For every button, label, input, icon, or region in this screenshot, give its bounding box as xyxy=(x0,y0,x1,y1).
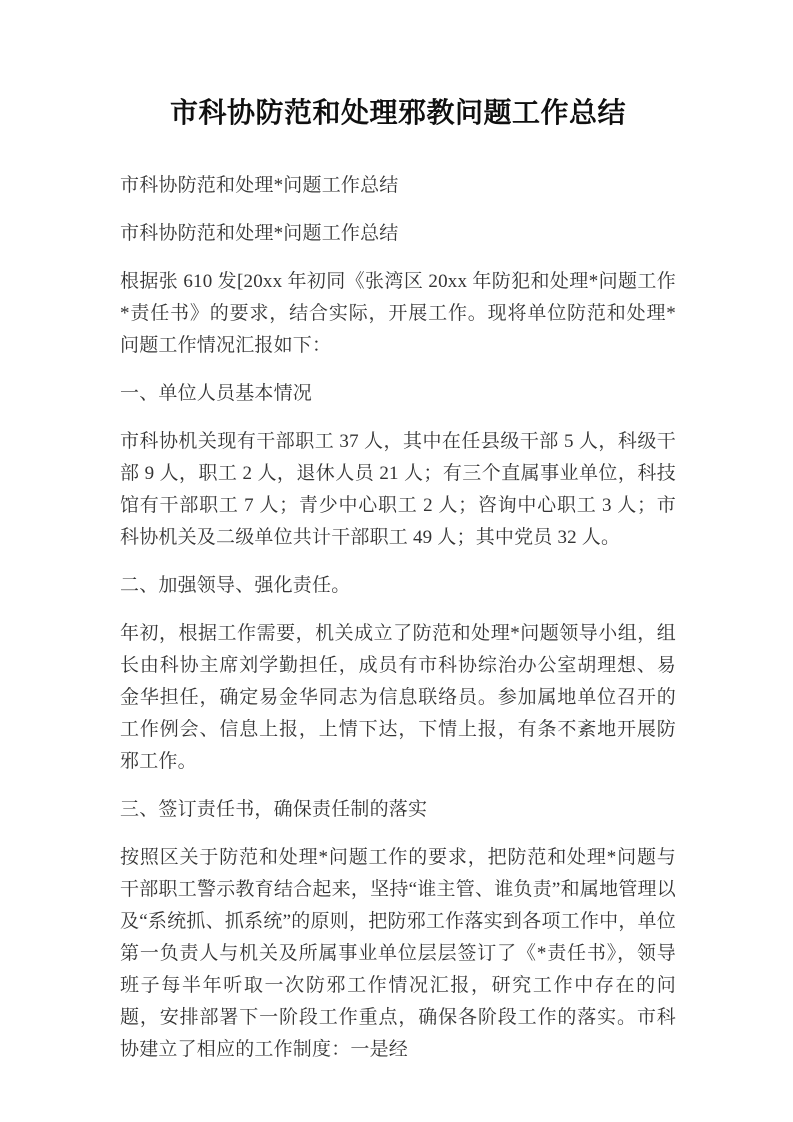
section-1-heading: 一、单位人员基本情况 xyxy=(120,378,676,410)
section-1-paragraph: 市科协机关现有干部职工 37 人，其中在任县级干部 5 人，科级干部 9 人，职… xyxy=(120,426,676,554)
section-2-heading: 二、加强领导、强化责任。 xyxy=(120,570,676,602)
subtitle-line-1: 市科协防范和处理*问题工作总结 xyxy=(120,170,676,202)
subtitle-line-2: 市科协防范和处理*问题工作总结 xyxy=(120,218,676,250)
document-title: 市科协防范和处理邪教问题工作总结 xyxy=(120,92,676,136)
document-page: 市科协防范和处理邪教问题工作总结 市科协防范和处理*问题工作总结 市科协防范和处… xyxy=(0,0,793,1122)
section-2-paragraph: 年初，根据工作需要，机关成立了防范和处理*问题领导小组，组长由科协主席刘学勤担任… xyxy=(120,618,676,778)
section-3-heading: 三、签订责任书，确保责任制的落实 xyxy=(120,794,676,826)
intro-paragraph: 根据张 610 发[20xx 年初同《张湾区 20xx 年防犯和处理*问题工作*… xyxy=(120,266,676,362)
section-3-paragraph: 按照区关于防范和处理*问题工作的要求，把防范和处理*问题与干部职工警示教育结合起… xyxy=(120,842,676,1066)
